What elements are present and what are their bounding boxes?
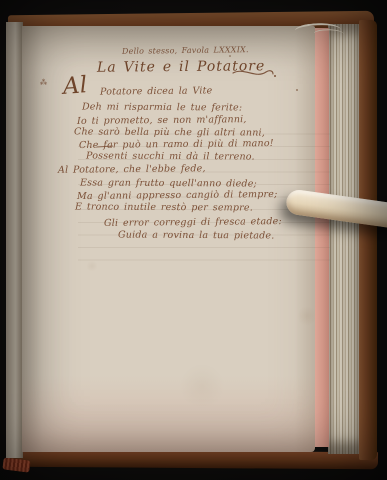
drop-cap-initial: Al xyxy=(62,73,88,100)
verse-line: Che sarò bella più che gli altri anni, xyxy=(74,127,265,139)
verse-line: Deh mi risparmia le tue ferite: xyxy=(82,103,242,114)
leather-cover-bottom-edge xyxy=(6,450,378,470)
spine-tailband xyxy=(2,457,30,472)
gutter-page-edge xyxy=(6,22,23,458)
ink-speck xyxy=(229,55,231,57)
moral-line: Guida a rovina la tua pietade. xyxy=(118,231,275,242)
book-photo: Dello stesso, Favola LXXXIX. La Vite e i… xyxy=(0,0,387,480)
page-stack-fore-edge xyxy=(328,24,361,454)
verse-line: Possenti succhi mi dà il terreno. xyxy=(86,151,255,162)
ink-speck xyxy=(296,89,298,91)
margin-mark: ⁂ xyxy=(40,80,47,88)
verse-line: E tronco inutile restò per sempre. xyxy=(75,202,253,214)
verse-line: Io ti prometto, se non m'affanni, xyxy=(77,115,247,127)
moral-line: Gli error correggi di fresca etade: xyxy=(104,217,282,229)
verse-line: Ma gl'anni appresso cangiò di tempre; xyxy=(77,190,278,203)
verse-line: Essa gran frutto quell'anno diede; xyxy=(80,178,257,190)
verse-line: Al Potatore, che l'ebbe fede, xyxy=(58,164,206,176)
verse-line: Potatore dicea la Vite xyxy=(100,86,213,98)
leather-cover-right-edge xyxy=(359,20,377,460)
title-flourish xyxy=(232,66,276,80)
